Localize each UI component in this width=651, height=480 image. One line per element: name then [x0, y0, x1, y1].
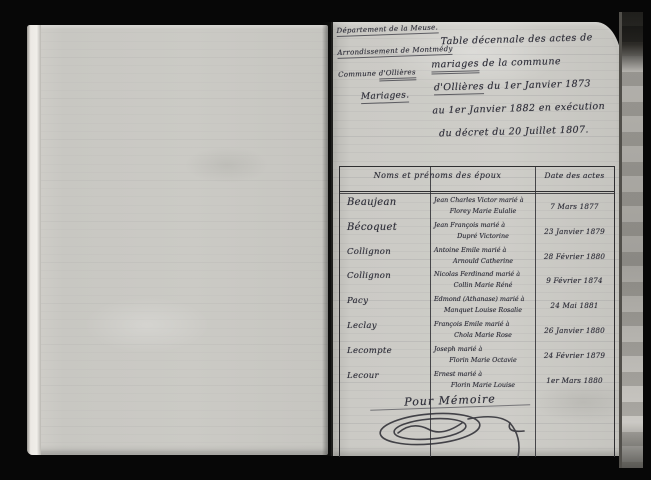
register-type: Mariages.: [361, 90, 410, 104]
spouses-cell: Jean Charles Victor marié àFlorey Marie …: [432, 195, 534, 217]
title-line-2-word: mariages: [431, 58, 479, 74]
column-header-epoux: Noms et prénoms des époux: [340, 171, 535, 180]
document-title: Table décennale des actes de mariages de…: [431, 32, 624, 152]
surname-cell: Lecour: [347, 371, 379, 381]
table-row: Collignon Antoine Emile marié àArnould C…: [340, 245, 614, 270]
film-edge-strip: [619, 12, 643, 468]
table-body: Beaujean Jean Charles Victor marié àFlor…: [340, 195, 614, 393]
spouses-cell: Antoine Emile marié àArnould Catherine: [432, 245, 534, 267]
surname-cell: Leclay: [347, 321, 377, 331]
spouses-cell: Edmond (Athanase) marié àManquet Louise …: [432, 294, 534, 316]
table-row: Pacy Edmond (Athanase) marié àManquet Lo…: [340, 294, 614, 319]
spouses-cell: François Emile marié àChola Marie Rose: [432, 319, 534, 341]
page-fore-edge: [27, 25, 41, 455]
signature-flourish: [368, 407, 548, 459]
department-line: Département de la Meuse.: [336, 23, 438, 37]
spouses-cell: Joseph marié àFlorin Marie Octavie: [432, 344, 534, 366]
spouses-cell: Nicolas Ferdinand marié àCollin Marie Ré…: [432, 269, 534, 291]
date-cell: 24 Mai 1881: [537, 301, 612, 310]
microfilm-scan: Département de la Meuse. Arrondissement …: [0, 0, 651, 480]
date-cell: 23 Janvier 1879: [537, 227, 612, 236]
title-line-5: du décret du 20 Juillet 1807.: [439, 124, 623, 140]
surname-cell: Collignon: [347, 247, 391, 257]
book-spine-shadow: [322, 22, 331, 456]
commune-value: d'Ollières: [379, 68, 416, 81]
spouses-cell: Jean François marié àDupré Victorine: [432, 220, 534, 242]
table-row: Beaujean Jean Charles Victor marié àFlor…: [340, 195, 614, 220]
commune-label: Commune: [338, 70, 376, 79]
title-line-3-word: d'Ollières: [434, 81, 485, 95]
table-header: Noms et prénoms des époux Date des actes: [340, 167, 614, 192]
date-cell: 1er Mars 1880: [537, 376, 612, 385]
spouses-cell: Ernest marié àFlorin Marie Louise: [432, 369, 534, 391]
surname-cell: Bécoquet: [347, 222, 397, 233]
title-line-3-rest: du 1er Janvier 1873: [484, 78, 591, 92]
table-row: Lecompte Joseph marié àFlorin Marie Octa…: [340, 344, 614, 369]
title-line-2-rest: de la commune: [479, 56, 561, 69]
table-row: Leclay François Emile marié àChola Marie…: [340, 319, 614, 344]
surname-cell: Collignon: [347, 271, 391, 281]
decennial-table: Noms et prénoms des époux Date des actes…: [339, 166, 615, 457]
table-row: Lecour Ernest marié àFlorin Marie Louise…: [340, 369, 614, 394]
date-cell: 26 Janvier 1880: [537, 326, 612, 335]
right-page: Département de la Meuse. Arrondissement …: [331, 22, 622, 456]
date-cell: 24 Février 1879: [537, 351, 612, 360]
surname-cell: Pacy: [347, 296, 368, 306]
table-row: Collignon Nicolas Ferdinand marié àColli…: [340, 269, 614, 294]
date-cell: 9 Février 1874: [537, 276, 612, 285]
title-line-1: Table décennale des actes de: [441, 32, 621, 48]
surname-cell: Beaujean: [347, 197, 397, 208]
left-page: [27, 25, 328, 455]
title-line-4: au 1er Janvier 1882 en exécution: [432, 101, 622, 117]
table-row: Bécoquet Jean François marié àDupré Vict…: [340, 220, 614, 245]
surname-cell: Lecompte: [347, 346, 392, 356]
date-cell: 7 Mars 1877: [537, 202, 612, 211]
column-header-date: Date des actes: [535, 171, 614, 180]
date-cell: 28 Février 1880: [537, 252, 612, 261]
